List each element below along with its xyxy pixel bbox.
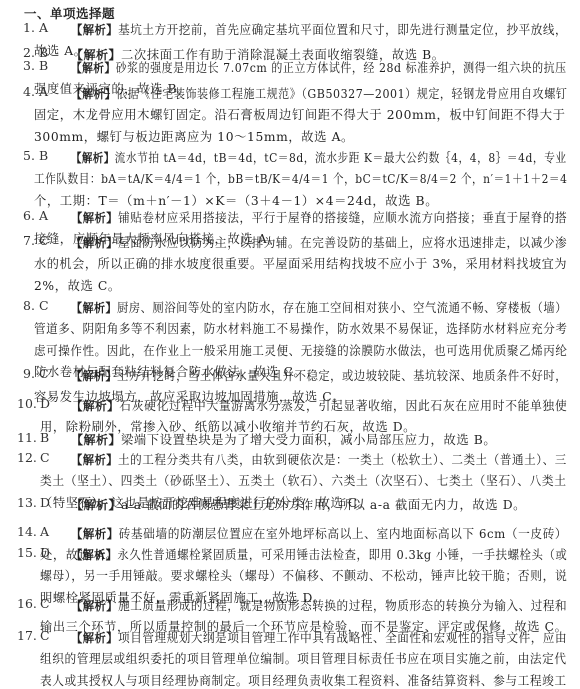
explanation-first-line: 【解析】基坑土方开挖前，首先应确定基坑平面位置和尺寸，即先进行测量定位，抄平放线… xyxy=(71,20,567,38)
answer-letter: C xyxy=(40,628,50,643)
answer-letter: C xyxy=(40,596,50,611)
answer-letter: A xyxy=(39,20,48,35)
explanation-first-line: 【解析】石灰硬化过程中大量游离水分蒸发，引起显著收缩，因此石灰在应用时不能单独使 xyxy=(71,396,567,414)
question-number: 15. xyxy=(17,545,37,560)
question-number: 4. xyxy=(23,84,35,99)
question-number: 11. xyxy=(17,430,37,445)
analysis-tag: 【解析】 xyxy=(71,211,118,225)
question-number: 6. xyxy=(23,208,35,223)
answer-letter: A xyxy=(40,524,49,539)
explanation-line: 2%，故选 C。 xyxy=(34,276,121,294)
analysis-tag: 【解析】 xyxy=(71,23,118,37)
analysis-tag: 【解析】 xyxy=(71,61,116,75)
explanation-line: 固定，木龙骨应用木螺钉固定。沿石膏板周边钉间距不得大于 200mm，板中钉间距不… xyxy=(34,105,566,123)
answer-letter: B xyxy=(39,58,48,73)
analysis-tag: 【解析】 xyxy=(71,236,118,250)
explanation-first-line: 【解析】砂浆的强度是用边长 7.07cm 的正立方体试件，经 28d 标准养护，… xyxy=(71,58,567,76)
explanation-text: 流水节拍 tA＝4d，tB＝4d，tC＝8d，流水步距 K＝最大公约数｛4，4，… xyxy=(115,151,567,165)
explanation-line: 300mm，螺钉与板边距离应为 10～15mm，故选 A。 xyxy=(34,127,354,145)
explanation-line: 虑可操作性。因此，在作业上一般采用施工灵便、无接缝的涂膜防水做法，也可选用优质聚… xyxy=(34,341,567,359)
explanation-first-line: 【解析】永久性普通螺栓紧固质量，可采用锤击法检查，即用 0.3kg 小锤，一手扶… xyxy=(71,545,567,563)
explanation-line: 类土（坚土）、四类土（砂砾坚土）、五类土（软石）、六类土（次坚石）、七类土（坚石… xyxy=(40,471,567,489)
analysis-tag: 【解析】 xyxy=(71,498,121,512)
question-number: 9. xyxy=(23,366,35,381)
question-number: 3. xyxy=(23,58,35,73)
explanation-first-line: 【解析】屋面防水应以防为主，以排为辅。在完善设防的基础上，应将水迅速排走，以减少… xyxy=(71,233,567,251)
analysis-tag: 【解析】 xyxy=(71,599,118,613)
question-number: 1. xyxy=(23,20,35,35)
explanation-text: a-a 截面的右侧悬臂梁上无外力作用，所以 a-a 截面无内力，故选 D。 xyxy=(121,498,526,512)
answer-letter: C xyxy=(39,366,49,381)
explanation-text: 梁端下设置垫块是为了增大受力面积，减小局部压应力，故选 B。 xyxy=(121,433,496,447)
explanation-text: 土方开挖时，当土体含水量大且并不稳定，或边坡较陡、基坑较深、地质条件不好时， xyxy=(117,369,567,383)
explanation-text: 砖基础墙的防潮层位置应在室外地坪标高以上、室内地面标高以下 6cm（一皮砖） xyxy=(119,527,568,541)
answer-letter: C xyxy=(39,233,49,248)
answer-key-page: 一、单项选择题 1.A【解析】基坑土方开挖前，首先应确定基坑平面位置和尺寸，即先… xyxy=(0,0,580,689)
answer-letter: B xyxy=(40,430,49,445)
explanation-text: 依据《住宅装饰装修工程施工规范》（GB50327—2001）规定，轻钢龙骨应用自… xyxy=(116,87,567,101)
explanation-first-line: 【解析】流水节拍 tA＝4d，tB＝4d，tC＝8d，流水步距 K＝最大公约数｛… xyxy=(71,148,567,166)
explanation-first-line: 【解析】砖基础墙的防潮层位置应在室外地坪标高以上、室内地面标高以下 6cm（一皮… xyxy=(71,524,567,542)
explanation-line: 表人或其授权人与项目经理协商制定。项目经理负责收集工程资料、准备结算资料、参与工… xyxy=(40,671,567,689)
analysis-tag: 【解析】 xyxy=(71,151,115,165)
answer-letter: B xyxy=(39,148,48,163)
explanation-first-line: 【解析】a-a 截面的右侧悬臂梁上无外力作用，所以 a-a 截面无内力，故选 D… xyxy=(71,495,526,513)
answer-letter: A xyxy=(39,84,48,99)
explanation-line: 水的机会，所以正确的排水坡度很重要。平屋面采用结构找坡不应小于 3%，采用材料找… xyxy=(34,254,567,272)
explanation-text: 基坑土方开挖前，首先应确定基坑平面位置和尺寸，即先进行测量定位，抄平放线， xyxy=(118,23,567,37)
question-number: 5. xyxy=(23,148,35,163)
explanation-text: 施工质量形成的过程，就是物质形态转换的过程，物质形态的转换分为输入、过程和 xyxy=(118,599,567,613)
explanation-text: 铺贴卷材应采用搭接法，平行于屋脊的搭接缝，应顺水流方向搭接；垂直于屋脊的搭 xyxy=(118,211,567,225)
analysis-tag: 【解析】 xyxy=(71,399,119,413)
answer-letter: D xyxy=(40,495,50,510)
explanation-line: 螺母），另一手用锤敲。要求螺栓头（螺母）不偏移、不颤动、不松动，锤声比较干脆；否… xyxy=(40,566,567,584)
analysis-tag: 【解析】 xyxy=(71,433,121,447)
explanation-first-line: 【解析】厨房、厕浴间等处的室内防水，存在施工空间相对狭小、空气流通不畅、穿楼板（… xyxy=(71,298,567,316)
explanation-first-line: 【解析】项目管理规划大纲是项目管理工作中具有战略性、全面性和宏观性的指导文件，应… xyxy=(71,628,567,646)
analysis-tag: 【解析】 xyxy=(71,453,118,467)
explanation-text: 石灰硬化过程中大量游离水分蒸发，引起显著收缩，因此石灰在应用时不能单独使 xyxy=(119,399,567,413)
question-number: 17. xyxy=(17,628,37,643)
question-number: 8. xyxy=(23,298,35,313)
explanation-line: 组织的管理层或组织委托的项目管理单位编制。项目管理目标责任书应在项目实施之前，由… xyxy=(40,649,567,667)
question-number: 12. xyxy=(17,450,37,465)
question-number: 13. xyxy=(17,495,37,510)
explanation-first-line: 【解析】依据《住宅装饰装修工程施工规范》（GB50327—2001）规定，轻钢龙… xyxy=(71,84,567,102)
explanation-text: 永久性普通螺栓紧固质量，可采用锤击法检查，即用 0.3kg 小锤，一手扶螺栓头（… xyxy=(117,548,567,562)
question-number: 14. xyxy=(17,524,37,539)
explanation-first-line: 【解析】铺贴卷材应采用搭接法，平行于屋脊的搭接缝，应顺水流方向搭接；垂直于屋脊的… xyxy=(71,208,567,226)
answer-letter: D xyxy=(40,545,50,560)
explanation-text: 土的工程分类共有八类，由软到硬依次是：一类土（松软土）、二类土（普通土）、三 xyxy=(118,453,567,467)
explanation-text: 厨房、厕浴间等处的室内防水，存在施工空间相对狭小、空气流通不畅、穿楼板（墙） xyxy=(117,301,567,315)
explanation-first-line: 【解析】土方开挖时，当土体含水量大且并不稳定，或边坡较陡、基坑较深、地质条件不好… xyxy=(71,366,567,384)
answer-letter: C xyxy=(39,298,49,313)
question-number: 16. xyxy=(17,596,37,611)
explanation-text: 项目管理规划大纲是项目管理工作中具有战略性、全面性和宏观性的指导文件，应由 xyxy=(118,631,567,645)
explanation-text: 屋面防水应以防为主，以排为辅。在完善设防的基础上，应将水迅速排走，以减少渗 xyxy=(118,236,567,250)
answer-letter: C xyxy=(40,450,50,465)
analysis-tag: 【解析】 xyxy=(71,301,117,315)
question-number: 10. xyxy=(17,396,37,411)
question-number: 7. xyxy=(23,233,35,248)
explanation-line: 管道多、阴阳角多等不利因素，防水材料施工不易操作，防水效果不易保证，选择防水材料… xyxy=(34,319,567,337)
analysis-tag: 【解析】 xyxy=(71,548,117,562)
explanation-first-line: 【解析】土的工程分类共有八类，由软到硬依次是：一类土（松软土）、二类土（普通土）… xyxy=(71,450,567,468)
answer-letter: A xyxy=(39,208,48,223)
analysis-tag: 【解析】 xyxy=(71,87,116,101)
analysis-tag: 【解析】 xyxy=(71,631,118,645)
analysis-tag: 【解析】 xyxy=(71,369,117,383)
explanation-first-line: 【解析】施工质量形成的过程，就是物质形态转换的过程，物质形态的转换分为输入、过程… xyxy=(71,596,567,614)
analysis-tag: 【解析】 xyxy=(71,527,119,541)
explanation-line: 工作队数目：bA＝tA/K＝4/4＝1 个，bB＝tB/K＝4/4＝1 个，bC… xyxy=(34,169,567,187)
answer-letter: D xyxy=(40,396,50,411)
explanation-first-line: 【解析】梁端下设置垫块是为了增大受力面积，减小局部压应力，故选 B。 xyxy=(71,430,496,448)
explanation-line: 个，工期：T＝（m＋n′－1）×K＝（3＋4－1）×4＝24d，故选 B。 xyxy=(34,191,438,209)
explanation-text: 砂浆的强度是用边长 7.07cm 的正立方体试件，经 28d 标准养护，测得一组… xyxy=(116,61,567,75)
